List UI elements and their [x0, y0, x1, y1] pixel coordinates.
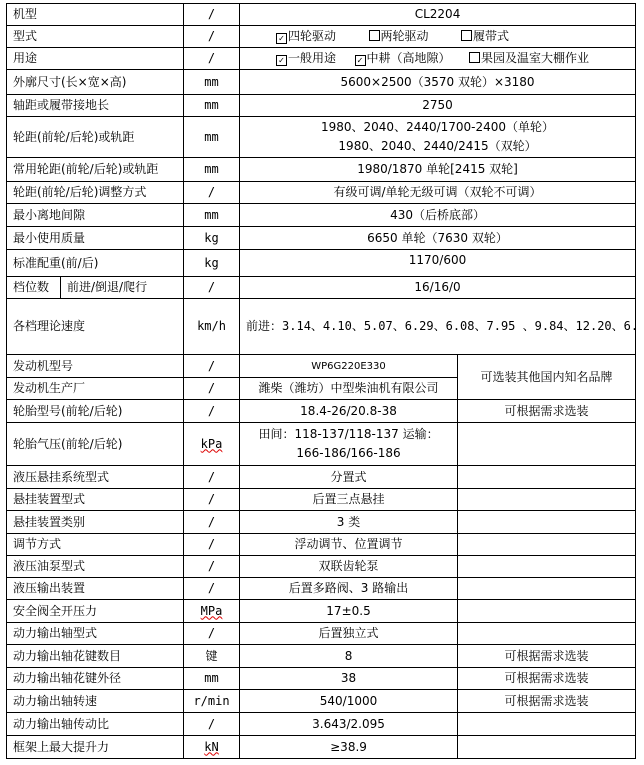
- row-unit: kg: [184, 227, 240, 250]
- row-gears: 档位数 前进/倒退/爬行 / 16/16/0: [7, 277, 636, 299]
- option-row-crop: ✓中耕（高地隙）: [355, 51, 451, 66]
- row-common-track: 常用轮距(前轮/后轮)或轨距 mm 1980/1870 单轮[2415 双轮]: [7, 158, 636, 182]
- row-value: WP6G220E330: [240, 355, 458, 378]
- option-crawler: 履带式: [461, 29, 509, 44]
- row-unit: mm: [184, 158, 240, 182]
- row-value: 3 类: [240, 511, 458, 534]
- row-label: 最小使用质量: [7, 227, 184, 250]
- row-engine-model: 发动机型号 / WP6G220E330 可选装其他国内知名品牌: [7, 355, 636, 378]
- row-tire-model: 轮胎型号(前轮/后轮) / 18.4-26/20.8-38 可根据需求选装: [7, 400, 636, 423]
- row-value: 双联齿轮泵: [240, 556, 458, 578]
- row-value: 5600×2500（3570 双轮）×3180: [240, 70, 636, 95]
- option-2wd: 两轮驱动: [369, 29, 429, 44]
- row-value: 540/1000: [240, 690, 458, 713]
- row-label: 安全阀全开压力: [7, 600, 184, 623]
- row-label: 液压油泵型式: [7, 556, 184, 578]
- row-note: [458, 534, 636, 556]
- row-value: ✓四轮驱动 两轮驱动 履带式: [240, 26, 636, 48]
- row-adjust: 调节方式 / 浮动调节、位置调节: [7, 534, 636, 556]
- row-note: 可根据需求选装: [458, 690, 636, 713]
- row-label: 机型: [7, 4, 184, 26]
- row-value: 2750: [240, 95, 636, 117]
- row-note: [458, 489, 636, 511]
- row-value: 38: [240, 668, 458, 690]
- row-value: 分置式: [240, 466, 458, 489]
- row-pto-splines: 动力输出轴花键数目 键 8 可根据需求选装: [7, 645, 636, 668]
- row-value: CL2204: [240, 4, 636, 26]
- row-label: 液压悬挂系统型式: [7, 466, 184, 489]
- row-label: 动力输出轴花键数目: [7, 645, 184, 668]
- row-note: [458, 556, 636, 578]
- row-unit: mm: [184, 668, 240, 690]
- row-label: 悬挂装置类别: [7, 511, 184, 534]
- row-value: 后置独立式: [240, 623, 458, 645]
- row-note: [458, 423, 636, 466]
- row-dims: 外廓尺寸(长×宽×高) mm 5600×2500（3570 双轮）×3180: [7, 70, 636, 95]
- spec-table: 机型 / CL2204 型式 / ✓四轮驱动 两轮驱动 履带式 用途 / ✓一般…: [6, 3, 636, 759]
- row-note: [458, 578, 636, 600]
- row-note: 可根据需求选装: [458, 645, 636, 668]
- row-note: [458, 736, 636, 759]
- row-mass: 最小使用质量 kg 6650 单轮（7630 双轮）: [7, 227, 636, 250]
- row-unit: /: [184, 623, 240, 645]
- row-unit: mm: [184, 117, 240, 158]
- row-pump: 液压油泵型式 / 双联齿轮泵: [7, 556, 636, 578]
- row-hyd-output: 液压输出装置 / 后置多路阀、3 路输出: [7, 578, 636, 600]
- checkbox-checked-icon: ✓: [355, 55, 366, 66]
- row-hitch-class: 悬挂装置类别 / 3 类: [7, 511, 636, 534]
- row-value: 潍柴（潍坊）中型柴油机有限公司: [240, 378, 458, 400]
- row-tire-pressure: 轮胎气压(前轮/后轮) kPa 田间：118-137/118-137 运输： 1…: [7, 423, 636, 466]
- row-value: 田间：118-137/118-137 运输： 166-186/166-186: [240, 423, 458, 466]
- row-clearance: 最小离地间隙 mm 430（后桥底部）: [7, 204, 636, 227]
- row-label: 轴距或履带接地长: [7, 95, 184, 117]
- row-label: 发动机型号: [7, 355, 184, 378]
- row-unit: /: [184, 400, 240, 423]
- row-label: 调节方式: [7, 534, 184, 556]
- option-general: ✓一般用途: [276, 51, 336, 66]
- row-unit: mm: [184, 95, 240, 117]
- row-value: 浮动调节、位置调节: [240, 534, 458, 556]
- row-value: 1980/1870 单轮[2415 双轮]: [240, 158, 636, 182]
- row-unit: km/h: [184, 299, 240, 355]
- row-note: [458, 623, 636, 645]
- row-wheelbase: 轴距或履带接地长 mm 2750: [7, 95, 636, 117]
- row-lift: 框架上最大提升力 kN ≥38.9: [7, 736, 636, 759]
- option-4wd: ✓四轮驱动: [276, 29, 336, 44]
- row-note: 可根据需求选装: [458, 668, 636, 690]
- row-value: ✓一般用途 ✓中耕（高地隙） 果园及温室大棚作业: [240, 48, 636, 70]
- row-label: 档位数: [7, 277, 61, 299]
- row-use: 用途 / ✓一般用途 ✓中耕（高地隙） 果园及温室大棚作业: [7, 48, 636, 70]
- row-note: [458, 600, 636, 623]
- row-unit: /: [184, 466, 240, 489]
- row-unit: /: [184, 277, 240, 299]
- row-unit: r/min: [184, 690, 240, 713]
- row-note: [458, 466, 636, 489]
- row-value: 1170/600: [240, 250, 636, 277]
- row-value: 16/16/0: [240, 277, 636, 299]
- row-label: 轮胎型号(前轮/后轮): [7, 400, 184, 423]
- row-value: 有级可调/单轮无级可调（双轮不可调）: [240, 182, 636, 204]
- row-pto-speed: 动力输出轴转速 r/min 540/1000 可根据需求选装: [7, 690, 636, 713]
- row-unit: mm: [184, 70, 240, 95]
- row-model: 机型 / CL2204: [7, 4, 636, 26]
- row-label: 液压输出装置: [7, 578, 184, 600]
- row-label: 动力输出轴传动比: [7, 713, 184, 736]
- row-unit: kN: [184, 736, 240, 759]
- row-unit: kPa: [184, 423, 240, 466]
- row-label: 轮距(前轮/后轮)或轨距: [7, 117, 184, 158]
- row-unit: /: [184, 511, 240, 534]
- row-type: 型式 / ✓四轮驱动 两轮驱动 履带式: [7, 26, 636, 48]
- row-label: 动力输出轴花键外径: [7, 668, 184, 690]
- row-unit: /: [184, 48, 240, 70]
- row-ballast: 标准配重(前/后) kg 1170/600: [7, 250, 636, 277]
- row-note: 可根据需求选装: [458, 400, 636, 423]
- row-unit: /: [184, 489, 240, 511]
- checkbox-checked-icon: ✓: [276, 33, 287, 44]
- row-note: [458, 511, 636, 534]
- row-label: 悬挂装置型式: [7, 489, 184, 511]
- row-value: 前进：3.14、4.10、5.07、6.29、6.08、7.95 、9.84、1…: [240, 299, 636, 355]
- row-value: 17±0.5: [240, 600, 458, 623]
- row-speeds: 各档理论速度 km/h 前进：3.14、4.10、5.07、6.29、6.08、…: [7, 299, 636, 355]
- row-unit: /: [184, 4, 240, 26]
- row-unit: kg: [184, 250, 240, 277]
- row-unit: /: [184, 534, 240, 556]
- row-track-adjust: 轮距(前轮/后轮)调整方式 / 有级可调/单轮无级可调（双轮不可调）: [7, 182, 636, 204]
- row-label: 常用轮距(前轮/后轮)或轨距: [7, 158, 184, 182]
- row-hitch-type: 悬挂装置型式 / 后置三点悬挂: [7, 489, 636, 511]
- row-unit: mm: [184, 204, 240, 227]
- row-label: 轮距(前轮/后轮)调整方式: [7, 182, 184, 204]
- row-label: 动力输出轴型式: [7, 623, 184, 645]
- row-sublabel: 前进/倒退/爬行: [61, 277, 184, 299]
- row-value: 后置多路阀、3 路输出: [240, 578, 458, 600]
- row-unit: /: [184, 26, 240, 48]
- row-unit: /: [184, 578, 240, 600]
- row-unit: /: [184, 355, 240, 378]
- row-label: 动力输出轴转速: [7, 690, 184, 713]
- row-value: 8: [240, 645, 458, 668]
- row-hitch-system: 液压悬挂系统型式 / 分置式: [7, 466, 636, 489]
- row-unit: /: [184, 182, 240, 204]
- row-value: ≥38.9: [240, 736, 458, 759]
- row-value: 6650 单轮（7630 双轮）: [240, 227, 636, 250]
- row-unit: 键: [184, 645, 240, 668]
- row-label: 最小离地间隙: [7, 204, 184, 227]
- row-note: 可选装其他国内知名品牌: [458, 355, 636, 400]
- row-label: 用途: [7, 48, 184, 70]
- row-value: 18.4-26/20.8-38: [240, 400, 458, 423]
- checkbox-empty-icon: [461, 30, 472, 41]
- row-track: 轮距(前轮/后轮)或轨距 mm 1980、2040、2440/1700-2400…: [7, 117, 636, 158]
- row-pto-ratio: 动力输出轴传动比 / 3.643/2.095: [7, 713, 636, 736]
- row-value: 1980、2040、2440/1700-2400（单轮） 1980、2040、2…: [240, 117, 636, 158]
- row-unit: /: [184, 378, 240, 400]
- row-unit: MPa: [184, 600, 240, 623]
- row-value: 430（后桥底部）: [240, 204, 636, 227]
- row-label: 型式: [7, 26, 184, 48]
- row-label: 各档理论速度: [7, 299, 184, 355]
- row-pto-diam: 动力输出轴花键外径 mm 38 可根据需求选装: [7, 668, 636, 690]
- row-label: 标准配重(前/后): [7, 250, 184, 277]
- row-value: 3.643/2.095: [240, 713, 458, 736]
- row-label: 外廓尺寸(长×宽×高): [7, 70, 184, 95]
- row-note: [458, 713, 636, 736]
- option-orchard: 果园及温室大棚作业: [469, 51, 589, 66]
- checkbox-empty-icon: [369, 30, 380, 41]
- row-unit: /: [184, 713, 240, 736]
- checkbox-empty-icon: [469, 52, 480, 63]
- row-relief: 安全阀全开压力 MPa 17±0.5: [7, 600, 636, 623]
- row-value: 后置三点悬挂: [240, 489, 458, 511]
- row-unit: /: [184, 556, 240, 578]
- row-label: 框架上最大提升力: [7, 736, 184, 759]
- checkbox-checked-icon: ✓: [276, 55, 287, 66]
- row-label: 轮胎气压(前轮/后轮): [7, 423, 184, 466]
- row-pto-type: 动力输出轴型式 / 后置独立式: [7, 623, 636, 645]
- row-label: 发动机生产厂: [7, 378, 184, 400]
